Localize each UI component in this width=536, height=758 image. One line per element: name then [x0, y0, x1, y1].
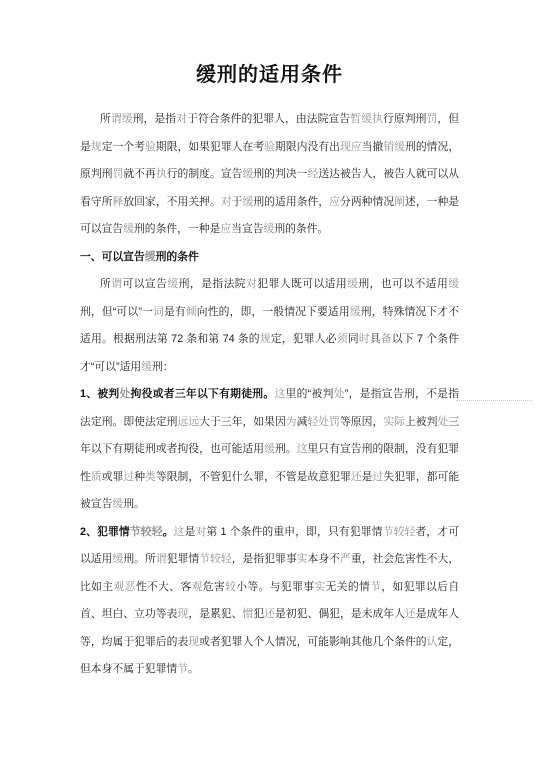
text-run: 减: [297, 416, 308, 428]
bold-run: 拘役或者三年以下有期徒刑。: [131, 388, 275, 400]
text-run: 是初犯、偶犯，是未成年人: [275, 608, 405, 620]
text-run: 等限制，不管犯什么罪，不管是故意犯罪: [156, 471, 351, 483]
text-run: 刑。: [123, 498, 145, 510]
text-run: 刑，也可以不适用: [358, 278, 448, 290]
text-run: 或罪: [102, 471, 124, 483]
text-run: 犯罪人既可以适用: [257, 278, 347, 290]
paragraph: 所谓缓刑，是指对于符合条件的犯罪人，由法院宣告暂缓执行原判刑罚，但是规定一个考验…: [80, 106, 459, 244]
light-glyph-run: 缓: [347, 278, 358, 290]
paragraph: 所谓可以宣告缓刑，是指法院对犯罪人既可以适用缓刑，也可以不适用缓刑，但“可以”一…: [80, 271, 459, 381]
text-run: 行的制度。宣告: [167, 168, 243, 180]
document-body: 所谓缓刑，是指对于符合条件的犯罪人，由法院宣告暂缓执行原判刑罚，但是规定一个考验…: [80, 106, 459, 684]
light-glyph-run: 实: [297, 553, 308, 565]
light-glyph-run: 为: [286, 416, 297, 428]
light-glyph-run: 实: [314, 581, 325, 593]
light-glyph-run: 观恶: [113, 581, 135, 593]
light-glyph-run: 缓: [145, 251, 156, 263]
light-glyph-run: 较: [225, 581, 236, 593]
light-glyph-run: 对: [246, 278, 257, 290]
light-glyph-run: 阐: [394, 196, 405, 208]
light-glyph-run: 节: [177, 663, 188, 675]
text-run: 是: [185, 526, 196, 538]
light-glyph-run: 严: [340, 553, 351, 565]
text-run: 是: [362, 471, 373, 483]
text-run: 小等。与犯罪事: [236, 581, 314, 593]
light-glyph-run: 现: [188, 636, 199, 648]
light-glyph-run: 这: [174, 526, 185, 538]
document-title: 缓刑的适用条件: [80, 62, 459, 88]
text-run: 种: [134, 471, 145, 483]
text-run: 定一个考: [102, 141, 145, 153]
text-run: ，是指犯罪事: [232, 553, 297, 565]
text-run: 刑，但“可以”一: [80, 306, 153, 318]
light-glyph-run: 须: [337, 333, 348, 345]
light-glyph-run: 时: [359, 333, 370, 345]
text-run: 。: [188, 663, 199, 675]
paragraph: 1、被判处拘役或者三年以下有期徒刑。这里的“被判处”，是指宣告刑，不是指法定刑。…: [80, 381, 459, 519]
page-container: 缓刑的适用条件 所谓缓刑，是指对于符合条件的犯罪人，由法院宣告暂缓执行原判刑罚，…: [0, 0, 536, 758]
light-glyph-run: 过: [373, 471, 384, 483]
light-glyph-run: 缓: [243, 168, 254, 180]
text-run: 当宣告: [231, 223, 263, 235]
light-glyph-run: 这: [274, 388, 285, 400]
text-run: 就不再: [123, 168, 156, 180]
text-run: 刑的适用条件，: [253, 196, 329, 208]
light-glyph-run: 还: [405, 608, 416, 620]
text-run: 当撤: [362, 141, 384, 153]
light-glyph-run: 节较轻: [199, 553, 232, 565]
bold-run: 一、可以宣告: [80, 251, 145, 263]
light-glyph-run: 缓: [123, 223, 134, 235]
light-glyph-run: 应: [329, 196, 340, 208]
light-glyph-run: 对: [176, 113, 187, 125]
text-run: 或者犯罪人个人情况，可能影响其他几个条件的: [199, 636, 426, 648]
light-glyph-run: 节较轻: [130, 526, 163, 538]
light-glyph-run: 暂缓执: [350, 113, 383, 125]
light-glyph-run: 缓: [264, 443, 275, 455]
light-glyph-run: 缓: [112, 498, 123, 510]
text-run: 定，犯罪人必: [271, 333, 337, 345]
light-glyph-run: 缓: [448, 278, 459, 290]
light-glyph-run: 远远: [177, 416, 199, 428]
light-glyph-run: 罚: [113, 168, 124, 180]
dotted-underline-artifact: [456, 400, 532, 401]
light-glyph-run: 实际: [383, 416, 405, 428]
light-glyph-run: 倾: [186, 306, 197, 318]
text-run: 犯: [253, 608, 264, 620]
light-glyph-run: 类: [145, 471, 156, 483]
light-glyph-run: 节较轻: [383, 526, 416, 538]
light-glyph-run: 缓: [167, 278, 178, 290]
light-glyph-run: 缓: [141, 361, 152, 373]
text-run: 向性的，即，一般情况下要适用: [197, 306, 350, 318]
light-glyph-run: 观: [192, 581, 203, 593]
text-run: 期限，如果犯罪人在考: [156, 141, 264, 153]
text-run: 刑的判决一: [253, 168, 307, 180]
light-glyph-run: 处: [119, 388, 130, 400]
text-run: 于符合条件的犯罪人，由法院宣告: [187, 113, 350, 125]
bold-run: 2、犯罪情: [80, 526, 130, 538]
light-glyph-run: 销缓: [383, 141, 405, 153]
light-glyph-run: 缓: [264, 223, 275, 235]
light-glyph-run: 缓: [113, 553, 124, 565]
text-run: 刑，是指: [133, 113, 177, 125]
light-glyph-run: 缓: [350, 306, 361, 318]
text-run: 性不大、客: [136, 581, 192, 593]
light-glyph-run: 谓: [111, 278, 122, 290]
text-run: 犯罪情: [167, 553, 200, 565]
light-glyph-run: 罚: [427, 113, 438, 125]
light-glyph-run: 释: [113, 196, 124, 208]
text-run: 里的“被判: [286, 388, 334, 400]
text-run: 期限内没有出: [275, 141, 340, 153]
text-run: 刑。所: [123, 553, 156, 565]
bold-run: 刑的条件: [156, 251, 199, 263]
text-run: 同: [348, 333, 359, 345]
text-run: ，是累犯、: [188, 608, 242, 620]
light-glyph-run: 规: [91, 141, 102, 153]
text-run: 上被判: [405, 416, 438, 428]
paragraph: 2、犯罪情节较轻。这是对第 1 个条件的重申，即，只有犯罪情节较轻者，才可以适用…: [80, 519, 459, 684]
text-run: 放回家，不用关押。: [123, 196, 220, 208]
text-run: 刑。: [275, 443, 297, 455]
text-run: 分两种情况: [340, 196, 394, 208]
light-glyph-run: 词: [153, 306, 164, 318]
text-run: 刑，是指法院: [179, 278, 246, 290]
light-glyph-run: 过: [123, 471, 134, 483]
light-glyph-run: 质: [91, 471, 102, 483]
light-glyph-run: 对: [195, 526, 206, 538]
light-glyph-run: 经: [308, 168, 319, 180]
light-glyph-run: 惯: [242, 608, 253, 620]
text-run: 可以宣告: [122, 278, 167, 290]
text-run: 刑的条件，一种是: [134, 223, 220, 235]
text-run: 本身不: [308, 553, 341, 565]
light-glyph-run: 缓: [243, 196, 254, 208]
light-glyph-run: 还: [351, 471, 362, 483]
text-run: 刑的条件。: [274, 223, 328, 235]
light-glyph-run: 规: [260, 333, 271, 345]
text-run: 具: [370, 333, 381, 345]
text-run: 所: [100, 278, 111, 290]
text-run: 是有: [164, 306, 186, 318]
document: 缓刑的适用条件 所谓缓刑，是指对于符合条件的犯罪人，由法院宣告暂缓执行原判刑罚，…: [80, 54, 459, 684]
text-run: 所: [100, 113, 111, 125]
light-glyph-run: 现应: [340, 141, 362, 153]
text-run: 于: [232, 196, 243, 208]
light-glyph-run: 对: [221, 196, 232, 208]
light-glyph-run: 处: [334, 388, 345, 400]
light-glyph-run: 处: [437, 416, 448, 428]
light-glyph-run: 谓: [156, 553, 167, 565]
text-run: 等原因，: [340, 416, 383, 428]
bold-run: 。: [163, 526, 174, 538]
section-heading: 一、可以宣告缓刑的条件: [80, 244, 459, 272]
text-run: 大于三年，如果因: [199, 416, 286, 428]
light-glyph-run: 认: [427, 636, 438, 648]
light-glyph-run: 节: [370, 581, 381, 593]
text-run: 刑：: [152, 361, 174, 373]
light-glyph-run: 执: [156, 168, 167, 180]
light-glyph-run: 应: [220, 223, 231, 235]
light-glyph-run: 验: [264, 141, 275, 153]
text-run: 第 1 个条件的重申，即，只有犯罪情: [206, 526, 382, 538]
text-run: 无关的情: [326, 581, 371, 593]
light-glyph-run: 验: [145, 141, 156, 153]
light-glyph-run: 这: [297, 443, 308, 455]
light-glyph-run: 备: [381, 333, 392, 345]
text-run: 危害: [203, 581, 225, 593]
light-glyph-run: 谓缓: [111, 113, 133, 125]
text-run: 行原判刑: [383, 113, 427, 125]
bold-run: 1、被判: [80, 388, 119, 400]
light-glyph-run: 轻处罚: [307, 416, 340, 428]
light-glyph-run: 现: [177, 608, 188, 620]
light-glyph-run: 还: [264, 608, 275, 620]
